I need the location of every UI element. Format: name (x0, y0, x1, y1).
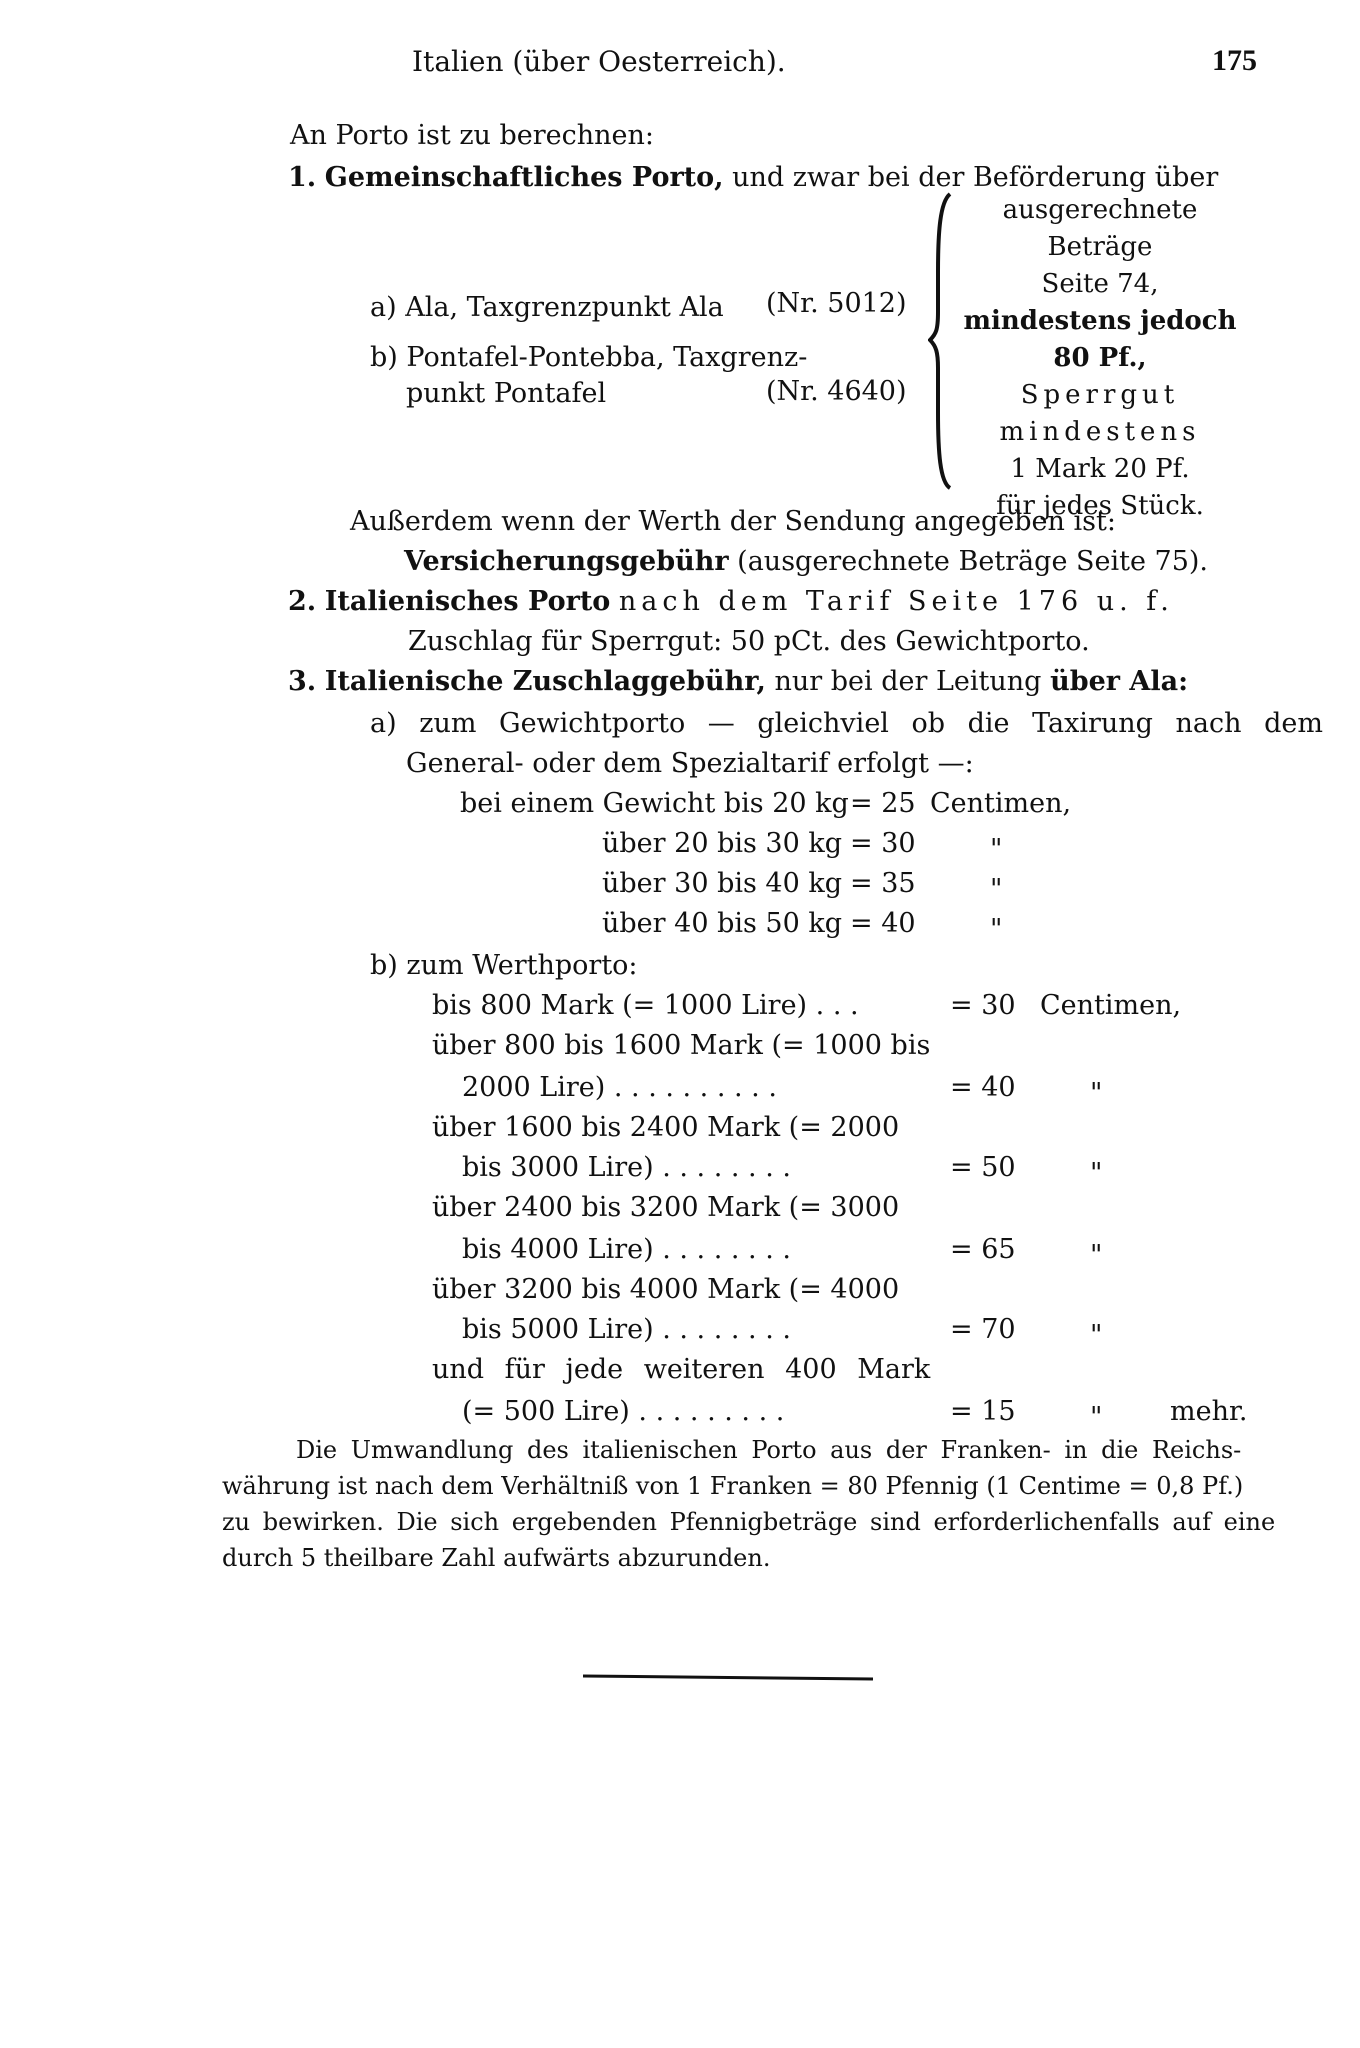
value-row-unit: " (1090, 1080, 1102, 1107)
value-row-unit: " (1090, 1242, 1102, 1269)
bracket-note-line: Seite 74, (955, 266, 1245, 303)
value-row-value: = 30 (950, 992, 1016, 1019)
closing-line: währung ist nach dem Verhältniß von 1 Fr… (222, 1474, 1243, 1498)
section-3-route: über Ala: (1050, 666, 1188, 697)
value-row-value: = 70 (950, 1316, 1016, 1343)
weight-row-text: über 40 bis 50 kg (602, 910, 842, 937)
value-row-value: = 50 (950, 1154, 1016, 1181)
route-a-label: a) Ala, Taxgrenzpunkt Ala (370, 294, 724, 321)
value-row-extra: mehr. (1170, 1398, 1248, 1425)
value-row-unit: " (1090, 1404, 1102, 1431)
weight-row-value: = 30 (850, 830, 916, 857)
closing-line: durch 5 theilbare Zahl aufwärts abzurund… (222, 1546, 770, 1570)
bracket-note-line: 1 Mark 20 Pf. (955, 451, 1245, 488)
weight-row-text: bei einem Gewicht bis 20 kg (460, 790, 849, 817)
weight-postage-line-1: a) zum Gewichtporto — gleichviel ob die … (370, 710, 1323, 737)
insurance-fee-ref: (ausgerechnete Beträge Seite 75). (737, 546, 1208, 577)
page-number: 175 (1212, 46, 1257, 76)
bulky-surcharge-line: Zuschlag für Sperrgut: 50 pCt. des Gewic… (408, 628, 1090, 655)
section-3-number: 3. (288, 666, 316, 697)
weight-row-text: über 20 bis 30 kg (602, 830, 842, 857)
weight-postage-line-2: General- oder dem Spezialtarif erfolgt —… (406, 750, 974, 777)
value-row-text-cont: bis 3000 Lire) . . . . . . . . (462, 1154, 791, 1181)
value-row-text: bis 800 Mark (= 1000 Lire) . . . (432, 992, 859, 1019)
value-row-text-cont: bis 5000 Lire) . . . . . . . . (462, 1316, 791, 1343)
value-row-unit: " (1090, 1322, 1102, 1349)
end-rule-divider (583, 1674, 873, 1680)
bracket-note-line: mindestens jedoch (955, 303, 1245, 340)
route-b-nr: (Nr. 4640) (766, 378, 907, 405)
section-3-rest: nur bei der Leitung (775, 666, 1042, 697)
closing-line: zu bewirken. Die sich ergebenden Pfennig… (222, 1510, 1275, 1534)
section-2-title: Italienisches Porto (325, 586, 611, 617)
weight-row-value: = 25 (850, 790, 916, 817)
weight-row-unit: Centimen, (930, 790, 1071, 817)
weight-row-unit: " (990, 876, 1002, 903)
route-b-label-cont: punkt Pontafel (406, 380, 606, 407)
section-1-rest: und zwar bei der Beförderung über (732, 162, 1218, 193)
closing-line: Die Umwandlung des italienischen Porto a… (296, 1438, 1241, 1462)
section-1-title: Gemeinschaftliches Porto, (325, 162, 724, 193)
section-2-heading: 2. Italienisches Porto nach dem Tarif Se… (288, 588, 1174, 615)
insurance-line: Versicherungsgebühr (ausgerechnete Beträ… (404, 548, 1208, 575)
route-a-nr: (Nr. 5012) (766, 290, 907, 317)
section-3-title: Italienische Zuschlaggebühr, (325, 666, 766, 697)
weight-row-text: über 30 bis 40 kg (602, 870, 842, 897)
value-postage-title: b) zum Werthporto: (370, 952, 638, 979)
section-2-number: 2. (288, 586, 316, 617)
running-head: Italien (über Oesterreich). (412, 48, 786, 76)
insurance-fee-label: Versicherungsgebühr (404, 546, 729, 577)
value-row-value: = 40 (950, 1074, 1016, 1101)
section-1-heading: 1. Gemeinschaftliches Porto, und zwar be… (288, 164, 1218, 191)
bracket-note: ausgerechnete Beträge Seite 74, mindeste… (955, 192, 1245, 525)
intro-line: An Porto ist zu berechnen: (290, 122, 654, 149)
weight-row-unit: " (990, 916, 1002, 943)
value-row-unit: " (1090, 1160, 1102, 1187)
value-row-text-cont: (= 500 Lire) . . . . . . . . . (462, 1398, 784, 1425)
bracket-note-line: mindestens (955, 414, 1245, 451)
value-row-unit: Centimen, (1040, 992, 1181, 1019)
value-row-value: = 65 (950, 1236, 1016, 1263)
bracket-note-line: ausgerechnete Beträge (955, 192, 1245, 266)
value-declared-line: Außerdem wenn der Werth der Sendung ange… (350, 508, 1116, 535)
weight-row-value: = 40 (850, 910, 916, 937)
value-row-text: über 1600 bis 2400 Mark (= 2000 (432, 1114, 899, 1141)
value-row-text: über 800 bis 1600 Mark (= 1000 bis (432, 1032, 930, 1059)
weight-row-unit: " (990, 836, 1002, 863)
value-row-text: über 2400 bis 3200 Mark (= 3000 (432, 1194, 899, 1221)
value-row-text: über 3200 bis 4000 Mark (= 4000 (432, 1276, 899, 1303)
route-b-label: b) Pontafel-Pontebba, Taxgrenz- (370, 344, 807, 371)
value-row-text: und für jede weiteren 400 Mark (432, 1356, 930, 1383)
curly-brace-icon (928, 192, 954, 490)
weight-row-value: = 35 (850, 870, 916, 897)
value-row-value: = 15 (950, 1398, 1016, 1425)
section-2-rest: nach dem Tarif Seite 176 u. f. (619, 586, 1174, 617)
section-3-heading: 3. Italienische Zuschlaggebühr, nur bei … (288, 668, 1188, 695)
bracket-note-line: 80 Pf., (955, 340, 1245, 377)
value-row-text-cont: bis 4000 Lire) . . . . . . . . (462, 1236, 791, 1263)
section-1-number: 1. (288, 162, 316, 193)
value-row-text-cont: 2000 Lire) . . . . . . . . . . (462, 1074, 777, 1101)
bracket-note-line: Sperrgut (955, 377, 1245, 414)
